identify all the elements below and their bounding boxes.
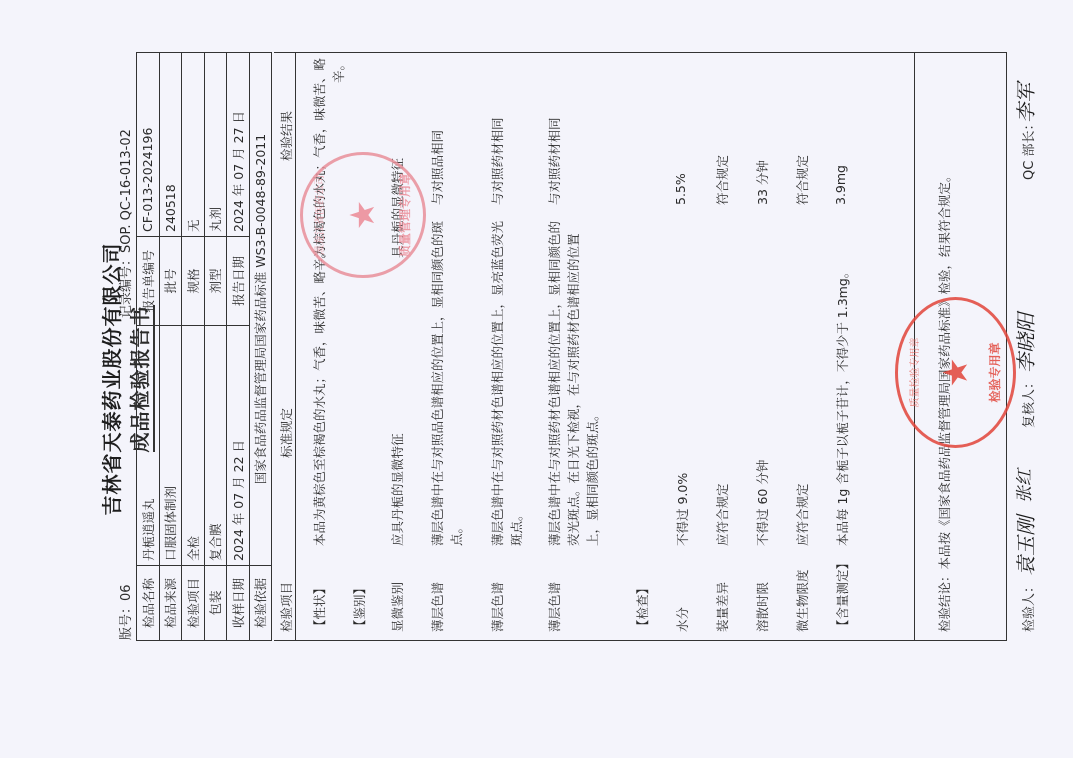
- microbial-name: 微生物限度: [793, 569, 811, 632]
- section-appearance: 【性状】: [310, 582, 328, 632]
- qc-head-label: QC 部长：: [1018, 118, 1037, 180]
- stamp-bottom-text: 质量管理专用章: [396, 155, 413, 275]
- record-value: SOP. QC-16-013-02: [119, 129, 134, 253]
- header-row: 收样日期 2024 年 07 月 22 日 报告日期 2024 年 07 月 2…: [227, 53, 250, 641]
- company-name: 吉林省天泰药业股份有限公司: [96, 0, 125, 758]
- version-number: 版号：06: [115, 584, 134, 640]
- tlc2-name: 薄层色谱: [488, 582, 506, 632]
- tlc3-name: 薄层色谱: [545, 582, 563, 632]
- tlc3-result: 与对照药材相同: [545, 117, 563, 205]
- section-identification: 【鉴别】: [350, 582, 368, 632]
- header-label: 检品来源: [159, 566, 182, 641]
- microbial-result: 符合规定: [793, 155, 811, 205]
- version-label: 版号：: [119, 601, 134, 640]
- header-label: 报告日期: [227, 237, 250, 326]
- stamp-ring-text: 黑龙江省医药公司: [311, 163, 326, 267]
- weight-variation-name: 装量差异: [713, 582, 731, 632]
- disintegration-name: 溶散时限: [753, 582, 771, 632]
- inspector-signature-1: 袁玉刚: [1010, 516, 1039, 576]
- header-value: 2024 年 07 月 22 日: [227, 326, 250, 566]
- moisture-name: 水分: [673, 607, 691, 632]
- assay-result: 3.9mg: [833, 165, 848, 205]
- moisture-standard: 不得过 9.0%: [673, 473, 691, 546]
- qc-seal-stamp: 质量检验专用章 ★ 检验专用章: [895, 297, 1016, 448]
- header-value: 丹栀逍遥丸: [137, 326, 160, 566]
- header-value: 复合膜: [204, 326, 227, 566]
- basis-value: 国家食品药品监督管理局国家药品标准 WS3-B-0048-89-2011: [249, 53, 272, 566]
- microscopic-name: 显微鉴别: [388, 582, 406, 632]
- header-label: 报告单编号: [137, 237, 160, 326]
- tlc1-name: 薄层色谱: [428, 582, 446, 632]
- qc-head-signature: 李军: [1010, 83, 1039, 123]
- moisture-result: 5.5%: [673, 173, 688, 205]
- weight-variation-standard: 应符合规定: [713, 483, 731, 546]
- column-header-item: 检验项目: [277, 582, 295, 632]
- record-label: 记录编号：: [119, 253, 134, 318]
- report-sheet: 吉林省天泰药业股份有限公司 成品检验报告书 版号：06 记录编号：SOP. QC…: [0, 0, 1073, 758]
- version-value: 06: [119, 584, 134, 601]
- header-value: 丸剂: [204, 53, 227, 237]
- header-label: 剂型: [204, 237, 227, 326]
- stamp-ring-text: 质量检验专用章: [906, 308, 921, 437]
- tlc2-standard: 薄层色谱中在与对照药材色谱相应的位置上，显亮蓝色荧光斑点。: [488, 216, 526, 546]
- header-row: 检验项目 全检 规格 无: [182, 53, 205, 641]
- header-row: 包装 复合膜 剂型 丸剂: [204, 53, 227, 641]
- header-label: 收样日期: [227, 566, 250, 641]
- tlc3-standard: 薄层色谱中在与对照药材色谱相应的位置上，显相同颜色的荧光斑点。在日光下检视，在与…: [545, 216, 602, 546]
- basis-label: 检验依据: [249, 566, 272, 641]
- inspector-signature-2: 张红: [1010, 469, 1035, 503]
- assay-standard: 本品每 1g 含栀子以栀子苷计，不得少于 1.3mg。: [833, 266, 851, 546]
- weight-variation-result: 符合规定: [713, 155, 731, 205]
- header-row: 检品来源 口服固体制剂 批号 240518: [159, 53, 182, 641]
- header-value: 2024 年 07 月 27 日: [227, 53, 250, 237]
- header-table: 检品名称 丹栀逍遥丸 报告单编号 CF-013-2024196 检品来源 口服固…: [136, 52, 272, 641]
- star-icon: ★: [343, 200, 383, 230]
- header-value: 无: [182, 53, 205, 237]
- record-number: 记录编号：SOP. QC-16-013-02: [115, 129, 134, 318]
- disintegration-result: 33 分钟: [753, 160, 771, 205]
- section-assay: 【含量测定】: [833, 557, 851, 632]
- header-label: 包装: [204, 566, 227, 641]
- header-value: 全检: [182, 326, 205, 566]
- header-row: 检品名称 丹栀逍遥丸 报告单编号 CF-013-2024196: [137, 53, 160, 641]
- header-row-basis: 检验依据 国家食品药品监督管理局国家药品标准 WS3-B-0048-89-201…: [249, 53, 272, 641]
- header-label: 批号: [159, 237, 182, 326]
- star-icon: ★: [936, 357, 976, 387]
- pink-seal-stamp: 黑龙江省医药公司 ★ 质量管理专用章: [300, 152, 426, 278]
- results-box: [274, 52, 1007, 641]
- column-header-result: 检验结果: [277, 111, 295, 161]
- section-inspection: 【检查】: [633, 582, 651, 632]
- microbial-standard: 应符合规定: [793, 483, 811, 546]
- header-value: 口服固体制剂: [159, 326, 182, 566]
- microscopic-standard: 应具丹栀的显微特征: [388, 433, 406, 546]
- header-label: 检验项目: [182, 566, 205, 641]
- reviewer-label: 复核人：: [1018, 376, 1037, 428]
- disintegration-standard: 不得过 60 分钟: [753, 460, 771, 546]
- stamp-bottom-text: 检验专用章: [986, 300, 1003, 445]
- inspector-label: 检验人：: [1018, 580, 1037, 632]
- header-value: CF-013-2024196: [137, 53, 160, 237]
- tlc1-result: 与对照品相同: [428, 130, 446, 205]
- tlc2-result: 与对照药材相同: [488, 117, 506, 205]
- column-header-standard: 标准规定: [277, 408, 295, 458]
- tlc1-standard: 薄层色谱中在与对照品色谱相应的位置上，显相同颜色的斑点。: [428, 216, 466, 546]
- header-label: 检品名称: [137, 566, 160, 641]
- header-label: 规格: [182, 237, 205, 326]
- header-value: 240518: [159, 53, 182, 237]
